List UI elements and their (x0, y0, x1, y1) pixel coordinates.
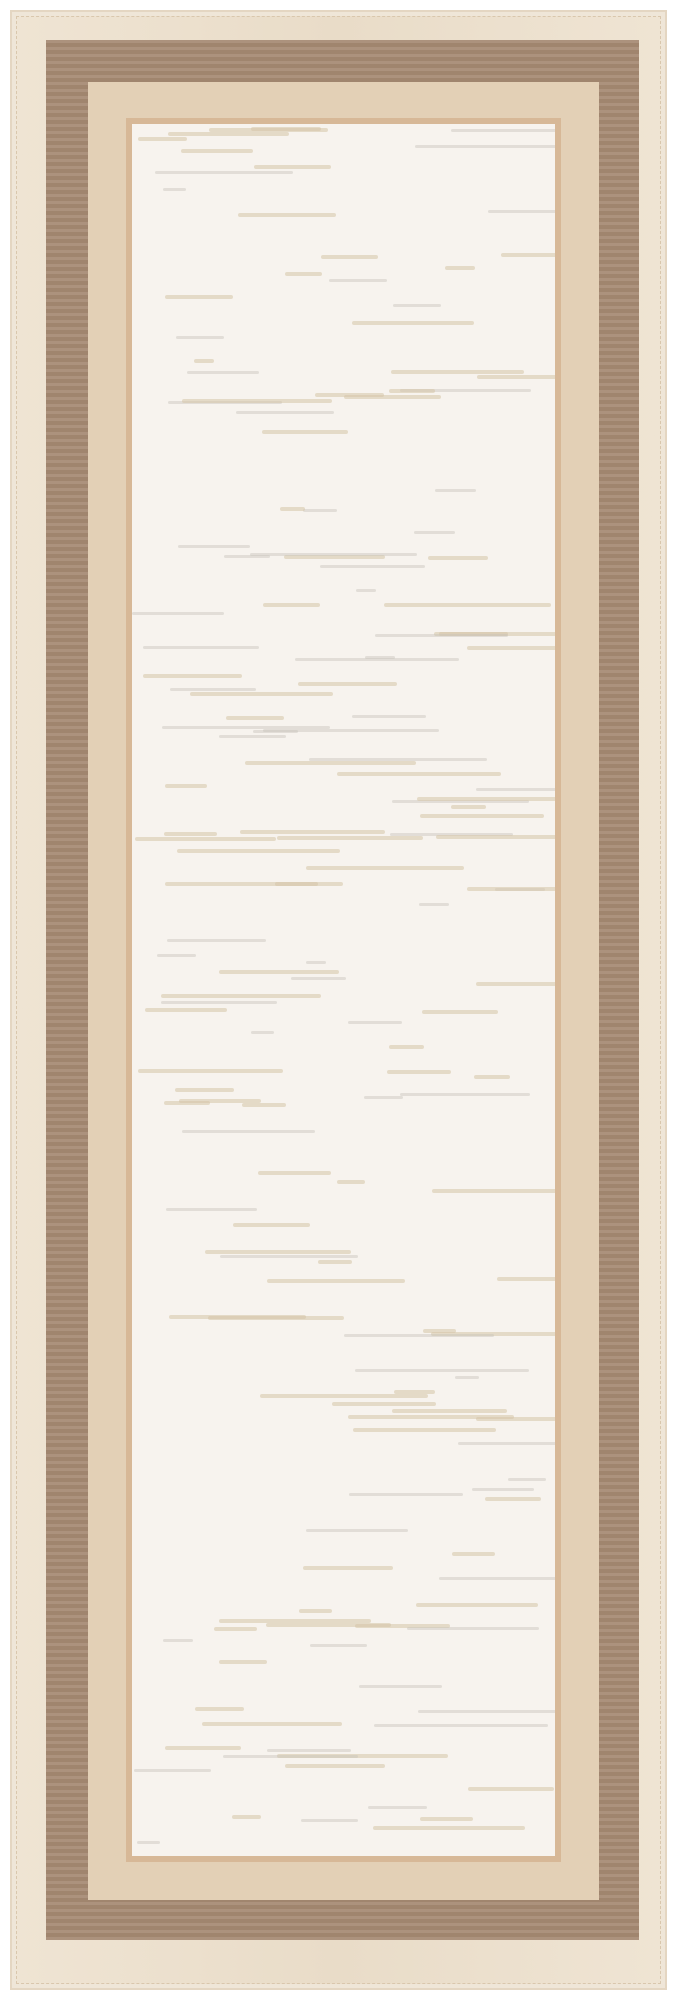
field-streak (407, 1627, 539, 1630)
field-streak (219, 735, 286, 738)
field-streak (143, 646, 259, 649)
field-streak (356, 589, 376, 592)
field-streak (298, 682, 397, 686)
field-streak (258, 1171, 331, 1175)
field-streak (260, 1394, 428, 1398)
field-streak (195, 1707, 244, 1711)
field-streak (467, 646, 555, 650)
field-streak (455, 1376, 479, 1379)
field-streak (190, 692, 333, 696)
field-streak (420, 1817, 473, 1821)
field-streak (224, 555, 270, 558)
field-streak (303, 509, 337, 512)
field-streak (445, 266, 475, 270)
field-streak (414, 531, 455, 534)
field-streak (226, 716, 284, 720)
field-streak (175, 1088, 234, 1092)
field-streak (263, 729, 439, 732)
field-streak (161, 994, 321, 998)
field-streak (436, 835, 555, 839)
field-streak (355, 1369, 529, 1372)
field-streak (134, 1769, 211, 1772)
field-streak (417, 797, 555, 801)
field-streak (306, 866, 464, 870)
field-streak (194, 359, 214, 363)
field-streak (352, 321, 474, 325)
field-streak (332, 1402, 436, 1406)
field-streak (177, 849, 340, 853)
field-streak (170, 688, 256, 691)
field-streak (138, 1069, 283, 1073)
field-streak (163, 188, 186, 191)
field-streak (416, 1603, 538, 1607)
field-streak (209, 128, 328, 132)
field-streak (299, 1609, 332, 1613)
field-streak (285, 1764, 385, 1768)
field-streak (508, 1478, 546, 1481)
field-streak (477, 375, 555, 379)
field-streak (233, 1223, 310, 1227)
field-streak (435, 489, 476, 492)
field-streak (242, 1103, 286, 1107)
field-streak (497, 1277, 555, 1281)
field-streak (167, 939, 266, 942)
field-streak (187, 371, 259, 374)
field-streak (285, 272, 322, 276)
field-streak (275, 882, 318, 886)
field-streak (245, 761, 416, 765)
field-streak (420, 814, 544, 818)
field-streak (485, 1497, 541, 1501)
field-streak (368, 1806, 427, 1809)
field-streak (320, 565, 425, 568)
field-streak (310, 1644, 367, 1647)
field-streak (391, 370, 524, 374)
field-streak (178, 545, 250, 548)
field-streak (393, 304, 441, 307)
field-streak (451, 805, 486, 809)
field-streak (220, 1255, 358, 1258)
field-streak (295, 658, 459, 661)
field-streak (488, 210, 555, 213)
field-streak (291, 977, 346, 980)
field-streak (254, 165, 331, 169)
field-streak (263, 603, 320, 607)
field-streak (181, 149, 253, 153)
field-streak (238, 213, 336, 217)
rug-center-field (132, 124, 555, 1856)
field-streak (166, 1208, 257, 1211)
field-streak (143, 674, 242, 678)
field-streak (349, 1493, 463, 1496)
field-streak (182, 1130, 315, 1133)
field-streak (214, 1627, 257, 1631)
field-streak (353, 1428, 496, 1432)
field-streak (392, 1409, 507, 1413)
field-streak (423, 1329, 456, 1333)
field-streak (452, 1552, 495, 1556)
field-streak (165, 295, 233, 299)
field-streak (202, 1722, 342, 1726)
field-streak (344, 1334, 494, 1337)
field-streak (219, 1660, 267, 1664)
field-streak (165, 1746, 241, 1750)
field-streak (315, 393, 384, 397)
field-streak (169, 1315, 306, 1319)
field-streak (348, 1021, 402, 1024)
field-streak (364, 1096, 403, 1099)
field-streak (439, 1577, 555, 1580)
field-streak (168, 132, 289, 136)
field-streak (432, 1189, 555, 1193)
field-streak (374, 1724, 548, 1727)
field-streak (157, 954, 196, 957)
field-streak (205, 1250, 351, 1254)
field-streak (251, 1031, 274, 1034)
field-streak (267, 1749, 351, 1752)
field-streak (419, 903, 449, 906)
field-streak (467, 887, 555, 891)
field-streak (137, 1841, 160, 1844)
field-streak (182, 399, 332, 403)
field-streak (280, 507, 305, 511)
field-streak (400, 1093, 530, 1096)
field-streak (329, 279, 387, 282)
field-streak (306, 1529, 408, 1532)
field-streak (468, 1787, 554, 1791)
field-streak (266, 1623, 391, 1627)
field-streak (476, 1417, 555, 1421)
field-streak (232, 1815, 261, 1819)
field-streak (145, 1008, 227, 1012)
field-streak (394, 1390, 435, 1394)
field-streak (163, 1639, 193, 1642)
field-streak (164, 832, 217, 836)
field-streak (352, 715, 426, 718)
field-streak (337, 1180, 365, 1184)
field-streak (501, 253, 555, 257)
field-streak (428, 556, 488, 560)
field-streak (176, 336, 224, 339)
field-streak (138, 137, 187, 141)
field-streak (321, 255, 378, 259)
field-streak (303, 1566, 393, 1570)
field-streak (267, 1279, 405, 1283)
field-streak (373, 1826, 525, 1830)
field-streak (155, 171, 293, 174)
field-streak (236, 411, 334, 414)
field-streak (161, 1001, 277, 1004)
field-streak (451, 129, 555, 132)
field-streak (476, 788, 555, 791)
field-streak (132, 612, 224, 615)
field-streak (389, 1045, 424, 1049)
runner-rug (10, 10, 667, 1990)
field-streak (418, 1710, 555, 1713)
field-streak (240, 830, 385, 834)
field-streak (472, 1488, 534, 1491)
field-streak (476, 982, 555, 986)
field-streak (223, 1755, 358, 1758)
field-streak (318, 1260, 352, 1264)
field-streak (165, 784, 207, 788)
field-streak (422, 1010, 498, 1014)
field-streak (277, 836, 423, 840)
field-streak (301, 1819, 358, 1822)
field-streak (384, 603, 551, 607)
field-streak (359, 1685, 442, 1688)
field-streak (474, 1075, 510, 1079)
field-streak (250, 553, 417, 556)
field-streak (375, 634, 508, 637)
field-streak (306, 961, 326, 964)
field-streak (387, 1070, 451, 1074)
field-streak (135, 837, 276, 841)
field-streak (219, 970, 339, 974)
field-streak (458, 1442, 555, 1445)
field-streak (389, 389, 435, 393)
field-streak (262, 430, 348, 434)
field-streak (337, 772, 501, 776)
field-streak (415, 145, 555, 148)
